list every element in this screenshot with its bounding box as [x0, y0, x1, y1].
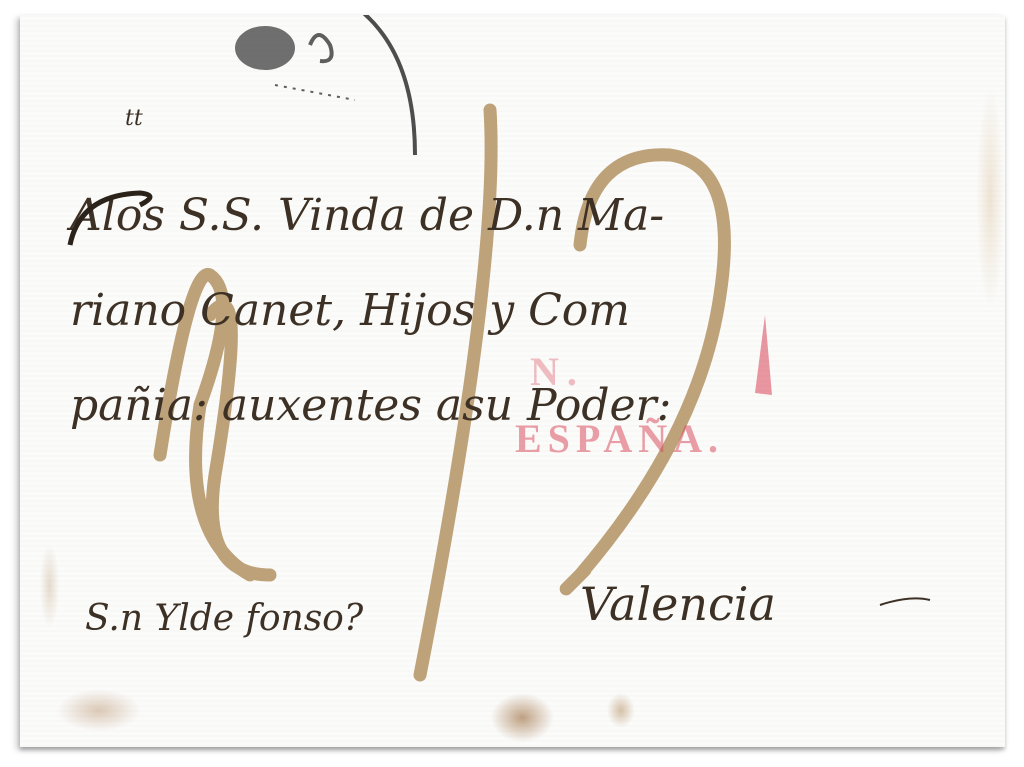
svg-text:S.n Ylde fonso?: S.n Ylde fonso? [85, 598, 364, 639]
ink-layer: N. ESPAÑA. tt Alos S.S. Vinda de D.n Ma-… [20, 15, 1005, 747]
black-postmark [235, 15, 415, 155]
letter-cover: N. ESPAÑA. tt Alos S.S. Vinda de D.n Ma-… [20, 15, 1005, 747]
svg-text:Valencia: Valencia [580, 577, 776, 631]
svg-text:pañia: auxentes asu Poder:: pañia: auxentes asu Poder: [70, 380, 671, 431]
svg-text:riano Canet, Hijos y Com: riano Canet, Hijos y Com [70, 285, 630, 336]
svg-text:Alos S.S. Vinda de D.n Ma-: Alos S.S. Vinda de D.n Ma- [66, 190, 664, 241]
handwritten-address: tt Alos S.S. Vinda de D.n Ma- riano Cane… [66, 106, 930, 639]
scan-canvas: N. ESPAÑA. tt Alos S.S. Vinda de D.n Ma-… [0, 0, 1024, 767]
svg-text:tt: tt [125, 106, 143, 131]
